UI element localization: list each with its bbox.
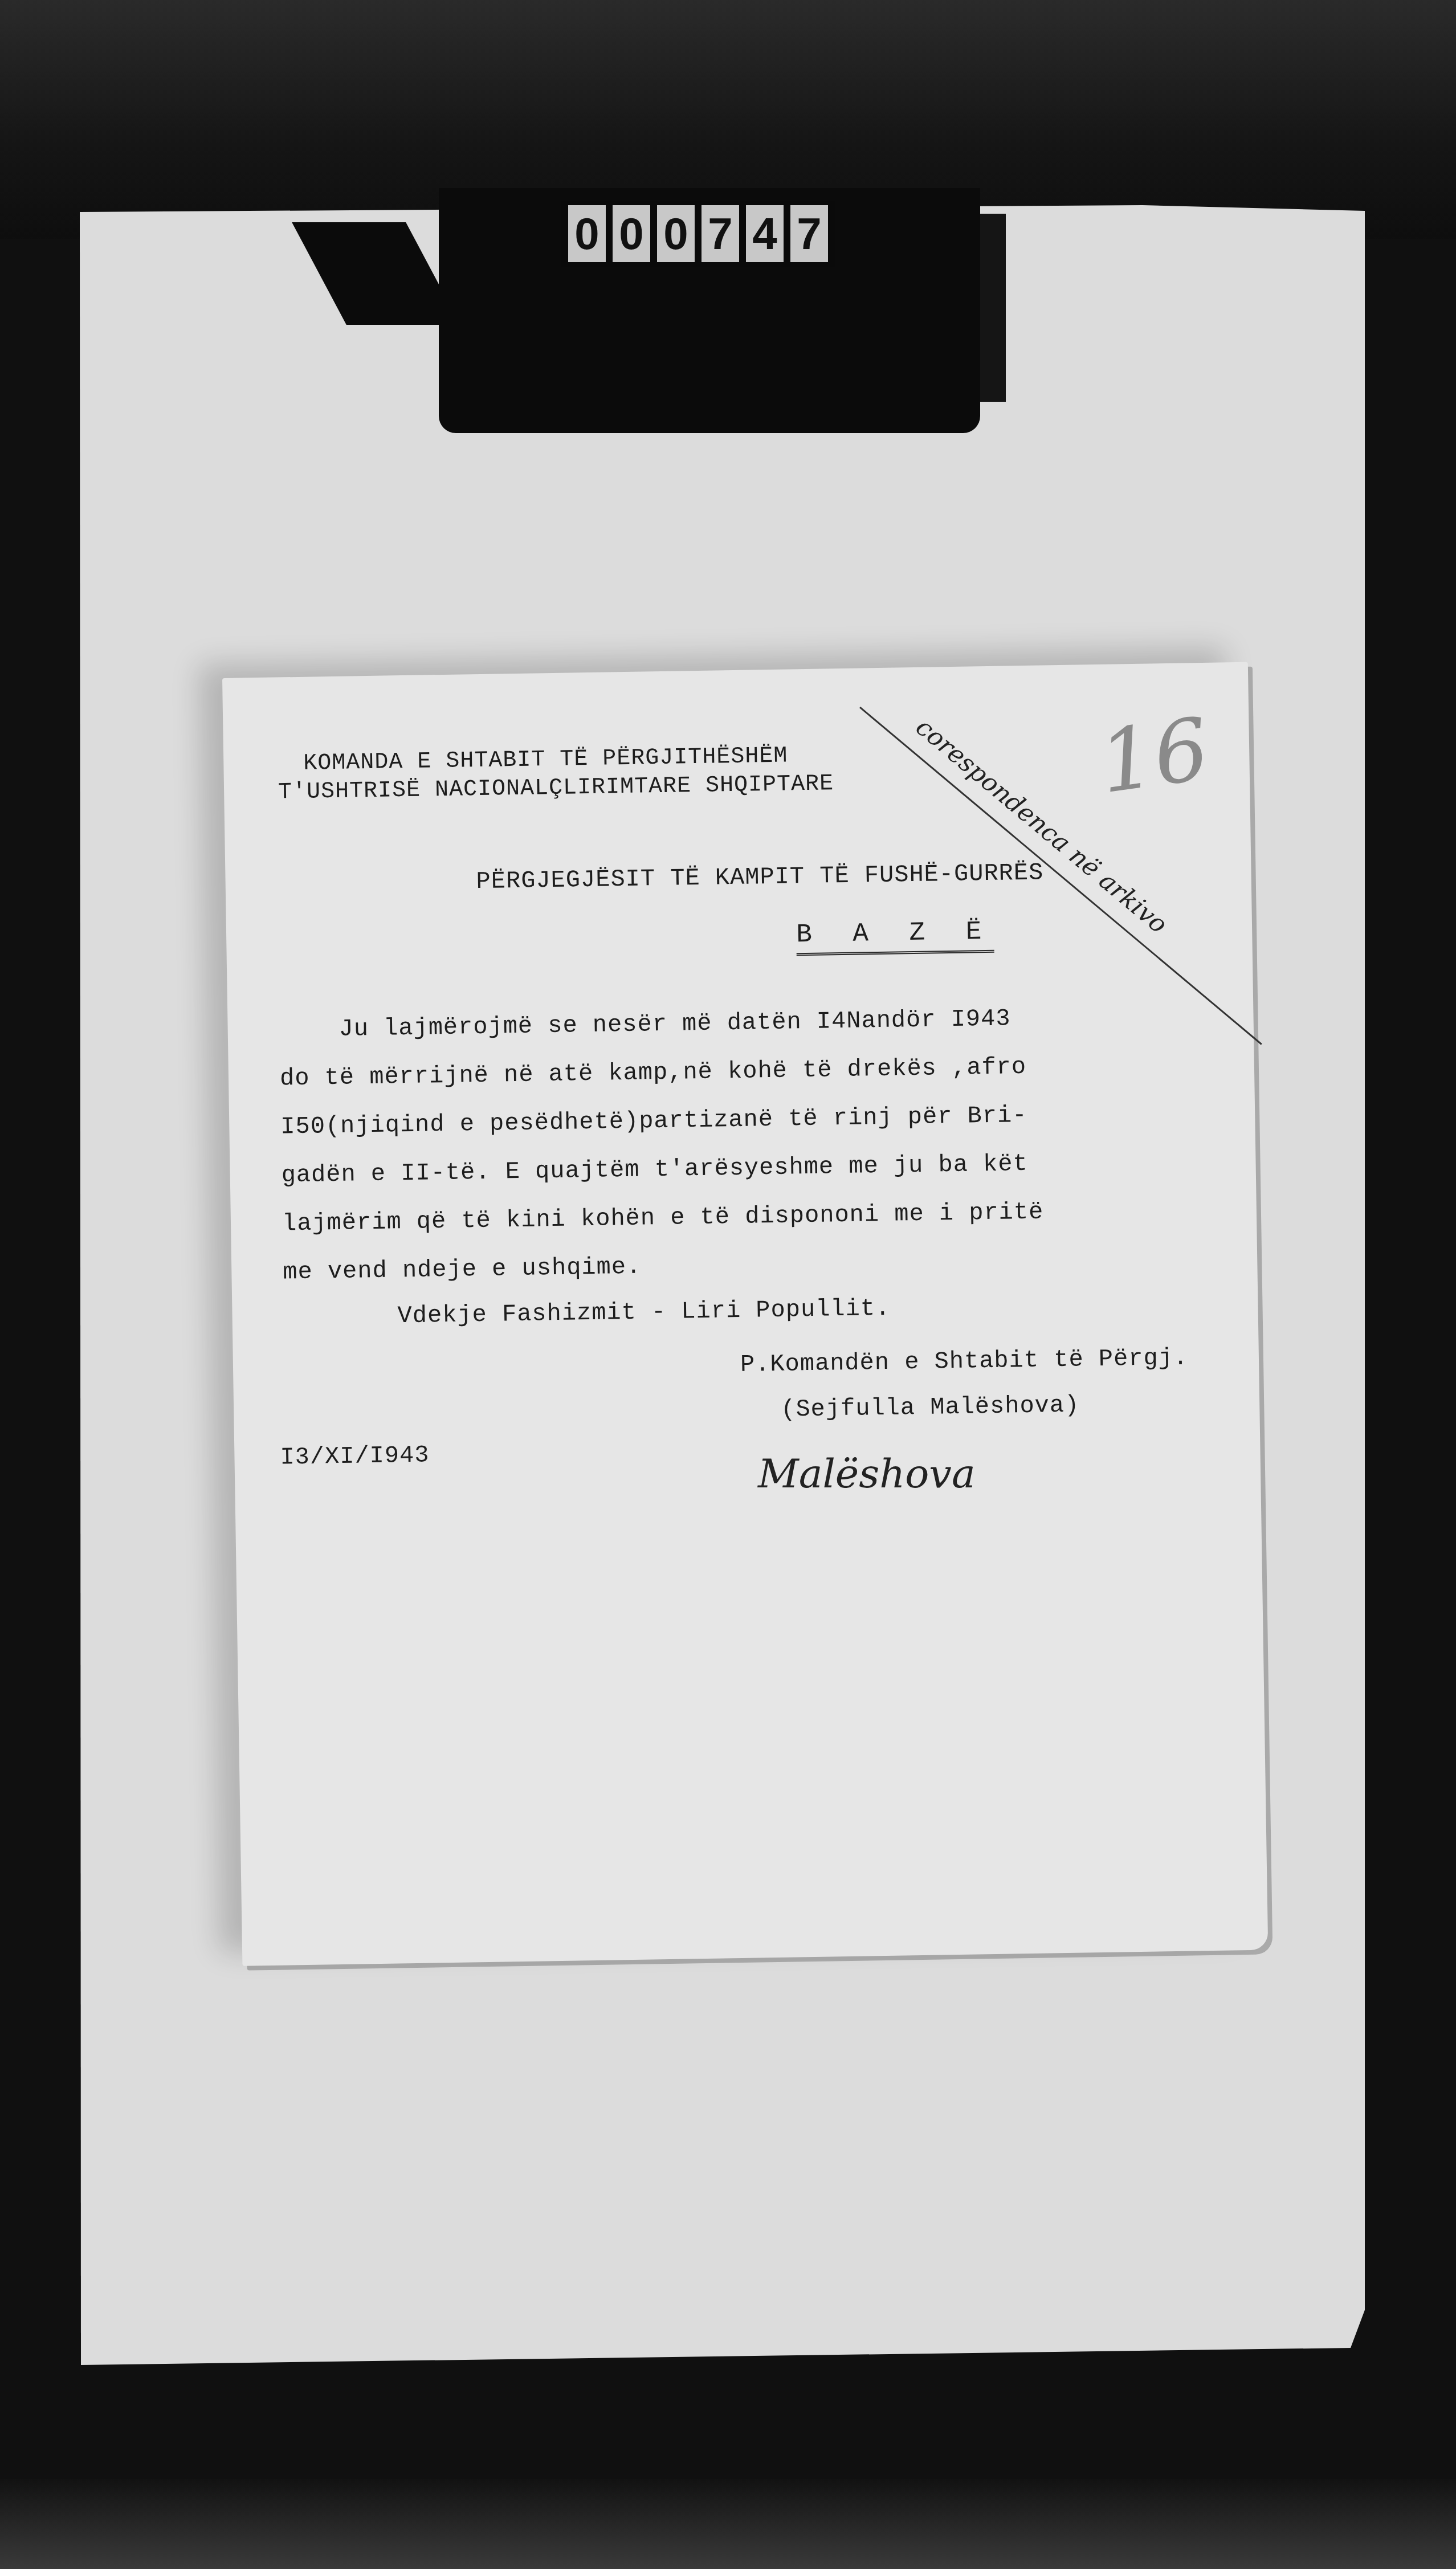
film-border-bottom xyxy=(0,2479,1456,2569)
counter-digit: 7 xyxy=(702,205,739,262)
body-line: lajmërim që të kini kohën e të dispononi… xyxy=(282,1198,1044,1237)
letter-page: KOMANDA E SHTABIT TË PËRGJITHËSHËM T'USH… xyxy=(222,662,1268,1966)
counter-digit: 4 xyxy=(746,205,784,262)
body-line: gadën e II-të. E quajtëm t'arësyeshme me… xyxy=(281,1150,1028,1189)
body-line: me vend ndeje e ushqime. xyxy=(283,1253,642,1286)
date: I3/XI/I943 xyxy=(280,1441,430,1471)
addressee: PËRGJEGJËSIT TË KAMPIT TË FUSHË-GURRËS xyxy=(476,859,1043,895)
frame-counter: 0 0 0 7 4 7 xyxy=(561,201,835,267)
signatory: (Sejfulla Malëshova) xyxy=(781,1392,1080,1424)
body-line: Ju lajmërojmë se nesër më datën I4Nandör… xyxy=(279,1005,1011,1043)
signoff: P.Komandën e Shtabit të Përgj. xyxy=(740,1344,1189,1379)
clip-arm-right xyxy=(980,214,1006,402)
counter-digit: 0 xyxy=(568,205,606,262)
header-line-2: T'USHTRISË NACIONALÇLIRIMTARE SHQIPTARE xyxy=(278,771,834,805)
counter-digit: 0 xyxy=(613,205,650,262)
slogan: Vdekje Fashizmit - Liri Popullit. xyxy=(397,1295,890,1330)
header-line-1: KOMANDA E SHTABIT TË PËRGJITHËSHËM xyxy=(303,743,788,776)
signature: Malëshova xyxy=(758,1450,976,1497)
location-baze: B A Z Ë xyxy=(796,917,994,956)
body-line: I50(njiqind e pesëdhetë)partizanë të rin… xyxy=(280,1102,1027,1141)
counter-digit: 7 xyxy=(790,205,828,262)
counter-digit: 0 xyxy=(657,205,695,262)
folio-number: 16 xyxy=(1094,700,1215,813)
body-line: do të mërrijnë në atë kamp,në kohë të dr… xyxy=(280,1053,1027,1092)
